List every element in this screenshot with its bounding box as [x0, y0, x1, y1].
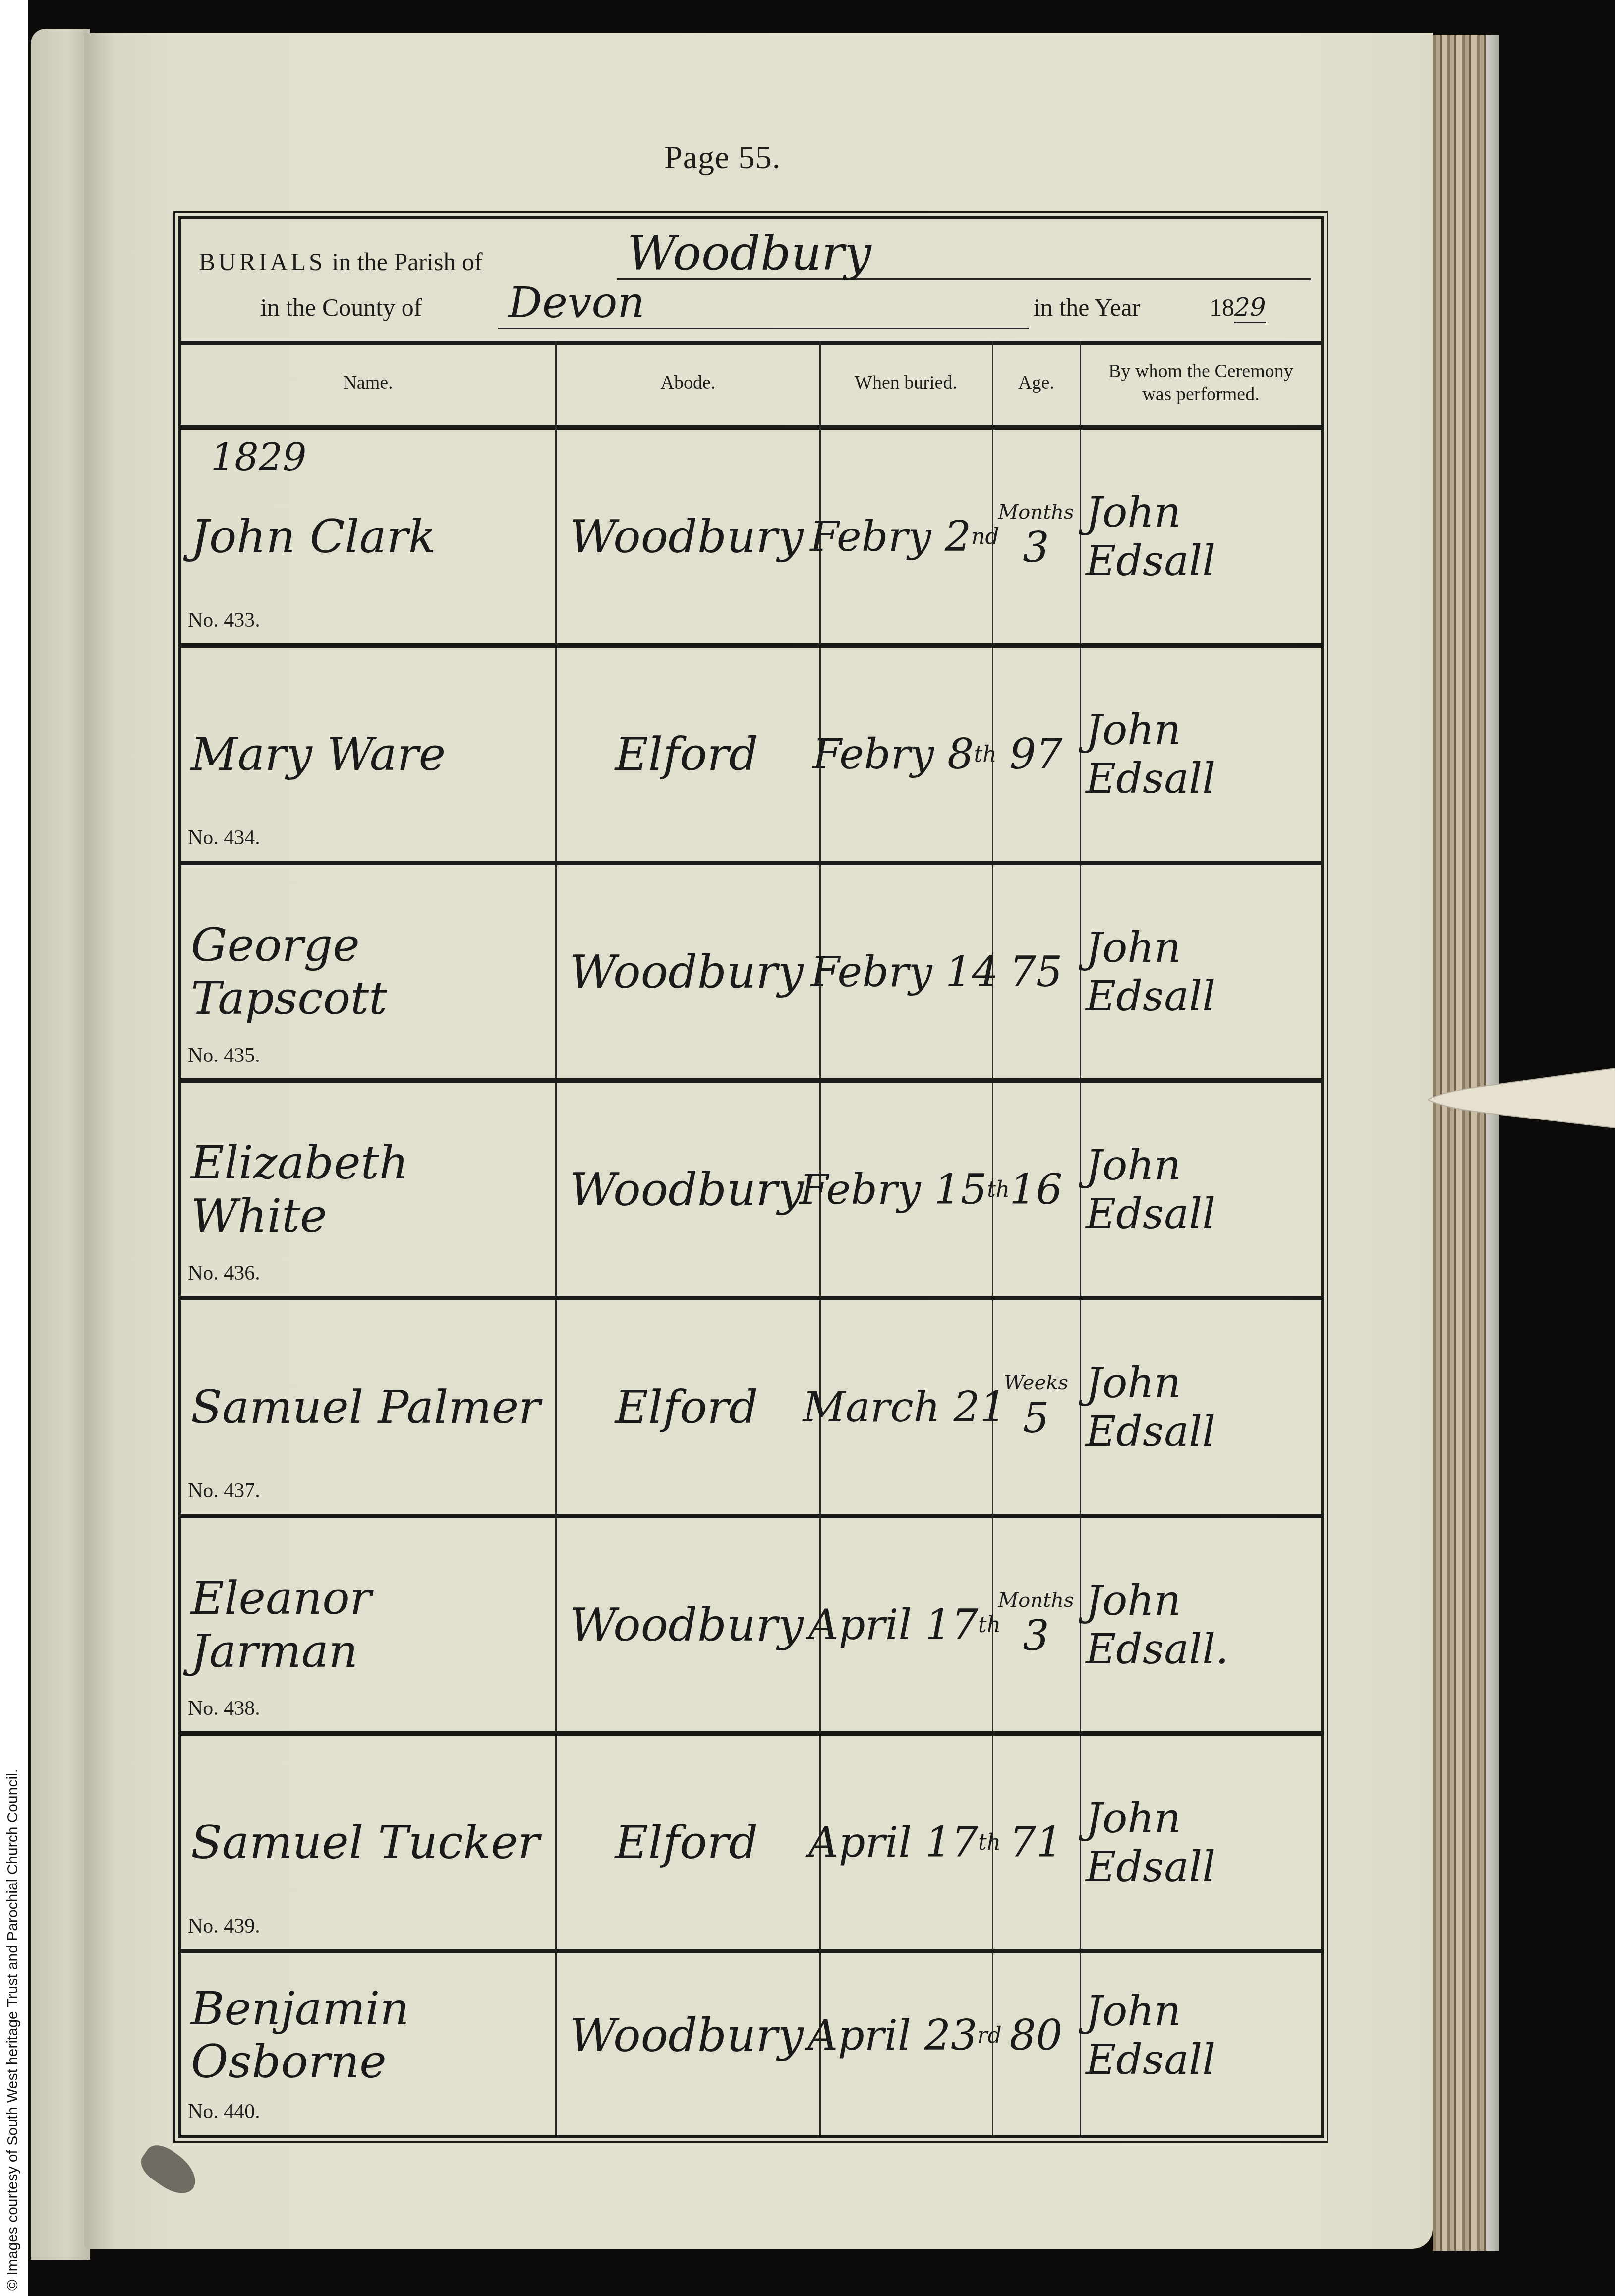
parish-field: Woodbury [617, 229, 1311, 280]
entry-officiant: John Edsall. [1086, 1518, 1319, 1731]
header-line-parish: BURIALS in the Parish of [199, 247, 483, 276]
register-entry: Elizabeth White Woodbury Febry 15th 16 J… [181, 1083, 1321, 1300]
entry-age: Months3 [994, 430, 1078, 643]
age-unit: Months [998, 1590, 1074, 1611]
date-day: 23 [924, 2011, 977, 2060]
age-value: 3 [1023, 1611, 1049, 1660]
entry-abode: Woodbury [558, 430, 815, 643]
entry-date: Febry 8th [820, 648, 989, 861]
entry-age: 16 [994, 1083, 1078, 1296]
entry-officiant: John Edsall [1086, 865, 1319, 1078]
entry-age: Months3 [994, 1518, 1078, 1731]
date-month: Febry [813, 730, 934, 778]
date-month: April [807, 2011, 911, 2060]
entry-age: 75 [994, 865, 1078, 1078]
age-unit: Weeks [1004, 1372, 1068, 1394]
entry-number: No. 439. [188, 1914, 260, 1938]
register-entry: George Tapscott Woodbury Febry 14 75 Joh… [181, 865, 1321, 1083]
officiant-header-line1: By whom the Ceremony [1108, 360, 1293, 383]
date-day: 15 [934, 1165, 987, 1214]
register-entry: Mary Ware Elford Febry 8th 97 John Edsal… [181, 648, 1321, 865]
entry-number: No. 440. [188, 2100, 260, 2123]
burials-heading: BURIALS [199, 248, 326, 276]
age-value: 80 [1010, 2011, 1063, 2060]
entry-age: Weeks5 [994, 1300, 1078, 1514]
year-printed: 18 [1210, 294, 1234, 321]
county-label: in the County of [260, 293, 422, 322]
column-header-name: Name. [181, 341, 555, 425]
page-number: Page 55. [664, 139, 781, 177]
entry-number: No. 436. [188, 1261, 260, 1285]
parish-label: in the Parish of [332, 248, 482, 276]
date-month: March [803, 1383, 940, 1431]
year-field: 1829 [1210, 293, 1266, 322]
entry-date: Febry 15th [820, 1083, 989, 1296]
entry-date: April 23rd [820, 1953, 989, 2117]
date-day: 17 [925, 1818, 978, 1867]
register-entry: Samuel Palmer Elford March 21 Weeks5 Joh… [181, 1300, 1321, 1518]
county-field: Devon [498, 278, 1029, 329]
register-entry: Samuel Tucker Elford April 17th 71 John … [181, 1736, 1321, 1953]
image-credit: © Images courtesy of South West heritage… [2, 1676, 24, 2291]
entry-number: No. 433. [188, 608, 260, 632]
column-header-age: Age. [993, 341, 1080, 425]
entry-number: No. 438. [188, 1697, 260, 1720]
age-value: 3 [1023, 523, 1049, 572]
entry-officiant: John Edsall [1086, 430, 1319, 643]
bone-folder-pointer-icon [1428, 1066, 1615, 1130]
column-headers: Name. Abode. When buried. Age. By whom t… [181, 341, 1321, 430]
entry-age: 80 [994, 1953, 1078, 2117]
entry-name: Benjamin Osborne [191, 1953, 548, 2117]
book-fore-edge-rim [1486, 35, 1499, 2251]
entry-abode: Woodbury [558, 1083, 815, 1296]
year-label: in the Year [1034, 293, 1140, 322]
book-fore-edge [1433, 35, 1492, 2251]
date-day: 2 [945, 512, 971, 561]
entry-abode: Woodbury [558, 1518, 815, 1731]
entry-officiant: John Edsall [1086, 1083, 1319, 1296]
age-value: 75 [1010, 947, 1063, 996]
entry-number: No. 437. [188, 1479, 260, 1503]
entry-number: No. 435. [188, 1044, 260, 1067]
previous-page-edge [31, 29, 90, 2260]
date-day: 14 [945, 947, 998, 996]
date-month: Febry [800, 1165, 921, 1214]
entry-date: Febry 14 [820, 865, 989, 1078]
age-unit: Months [998, 501, 1074, 523]
entry-date: April 17th [820, 1518, 989, 1731]
date-day: 17 [925, 1600, 978, 1649]
date-suffix: th [974, 742, 996, 767]
entry-number: No. 434. [188, 826, 260, 850]
register-header: BURIALS in the Parish of Woodbury in the… [181, 219, 1321, 345]
entry-officiant: John Edsall [1086, 1736, 1319, 1949]
entry-abode: Woodbury [558, 865, 815, 1078]
entry-date: Febry 2nd [820, 430, 989, 643]
register-entry: Benjamin Osborne Woodbury April 23rd 80 … [181, 1953, 1321, 2134]
column-header-officiant: By whom the Ceremony was performed. [1081, 341, 1321, 425]
date-month: Febry [810, 512, 931, 561]
entry-abode: Elford [558, 648, 815, 861]
age-value: 71 [1010, 1818, 1063, 1867]
register-entry: 1829 John Clark Woodbury Febry 2nd Month… [181, 430, 1321, 648]
burial-register-table: BURIALS in the Parish of Woodbury in the… [178, 216, 1324, 2138]
entry-date: March 21 [820, 1300, 989, 1514]
entry-date: April 17th [820, 1736, 989, 1949]
entry-age: 71 [994, 1736, 1078, 1949]
age-value: 16 [1010, 1165, 1063, 1214]
date-month: April [808, 1600, 912, 1649]
entry-officiant: John Edsall [1086, 1953, 1319, 2117]
entry-abode: Woodbury [558, 1953, 815, 2117]
age-value: 97 [1010, 730, 1063, 778]
entry-abode: Elford [558, 1300, 815, 1514]
date-month: Febry [811, 947, 932, 996]
date-month: April [808, 1818, 912, 1867]
column-header-abode: Abode. [557, 341, 819, 425]
entry-age: 97 [994, 648, 1078, 861]
column-header-when-buried: When buried. [820, 341, 991, 425]
age-value: 5 [1023, 1394, 1049, 1442]
entry-officiant: John Edsall [1086, 648, 1319, 861]
entry-officiant: John Edsall [1086, 1300, 1319, 1514]
entry-abode: Elford [558, 1736, 815, 1949]
officiant-header-line2: was performed. [1142, 383, 1259, 406]
year-handwritten: 29 [1234, 293, 1266, 323]
date-day: 8 [947, 730, 974, 778]
register-entry: Eleanor Jarman Woodbury April 17th Month… [181, 1518, 1321, 1736]
